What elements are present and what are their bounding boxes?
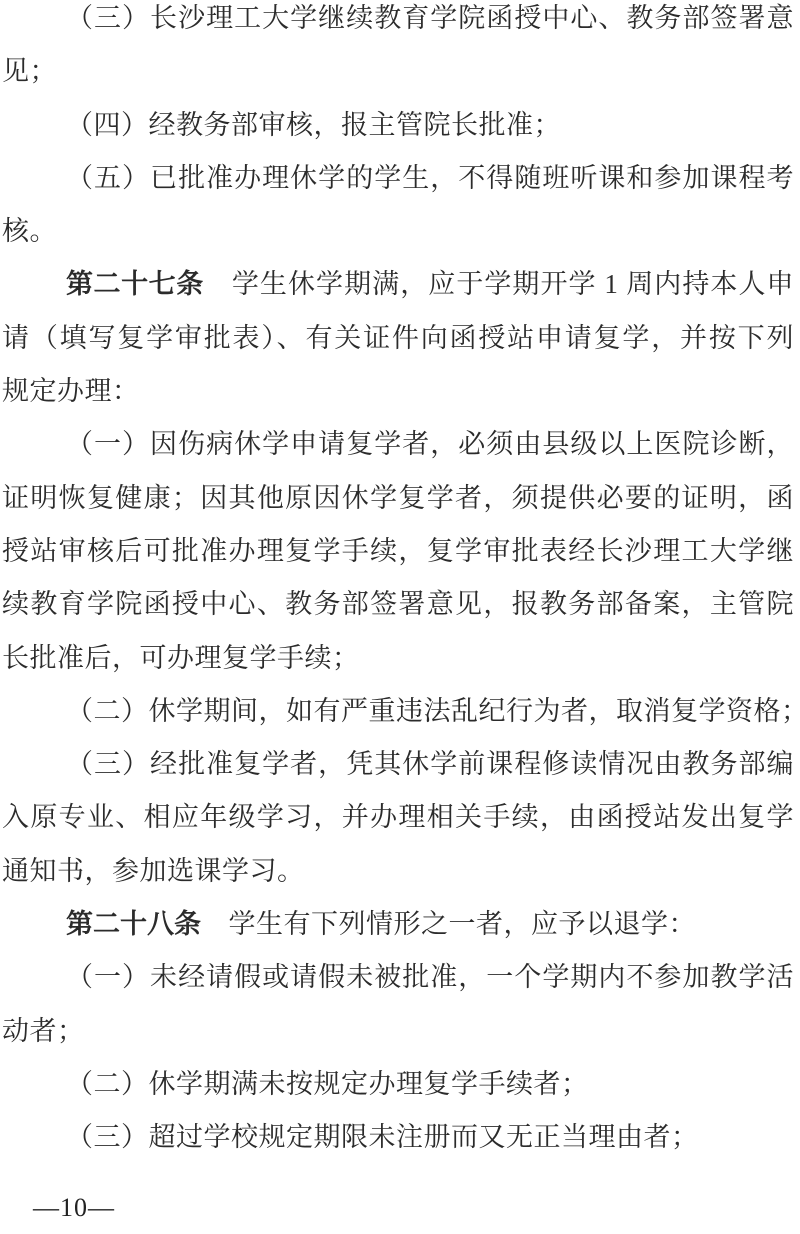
text-line-article-28: 第二十八条 学生有下列情形之一者，应予以退学：	[2, 898, 794, 951]
text-line: 通知书，参加选课学习。	[2, 845, 794, 898]
text-line: （二）休学期间，如有严重违法乱纪行为者，取消复学资格；	[2, 685, 794, 738]
text-line: （三）长沙理工大学继续教育学院函授中心、教务部签署意	[2, 0, 794, 45]
text-line-article-27: 第二十七条 学生休学期满，应于学期开学 1 周内持本人申	[2, 258, 794, 311]
text-line: 见；	[2, 45, 794, 98]
text-line: 续教育学院函授中心、教务部签署意见，报教务部备案，主管院	[2, 578, 794, 631]
text-line: 长批准后，可办理复学手续；	[2, 632, 794, 685]
document-body: （三）长沙理工大学继续教育学院函授中心、教务部签署意 见； （四）经教务部审核，…	[2, 0, 794, 1165]
text-line: 请（填写复学审批表）、有关证件向函授站申请复学，并按下列	[2, 312, 794, 365]
text-line: （五）已批准办理休学的学生，不得随班听课和参加课程考	[2, 152, 794, 205]
page-number: —10—	[33, 1192, 115, 1224]
article-heading: 第二十八条	[66, 909, 201, 939]
text-line: （一）未经请假或请假未被批准，一个学期内不参加教学活	[2, 951, 794, 1004]
text-line: （四）经教务部审核，报主管院长批准；	[2, 99, 794, 152]
text-line: 核。	[2, 205, 794, 258]
article-text: 学生休学期满，应于学期开学 1 周内持本人申	[204, 269, 794, 299]
article-text: 学生有下列情形之一者，应予以退学：	[201, 909, 696, 939]
text-line: 动者；	[2, 1005, 794, 1058]
document-page: （三）长沙理工大学继续教育学院函授中心、教务部签署意 见； （四）经教务部审核，…	[0, 0, 800, 1234]
text-line: （三）超过学校规定期限未注册而又无正当理由者；	[2, 1111, 794, 1164]
text-line: 授站审核后可批准办理复学手续，复学审批表经长沙理工大学继	[2, 525, 794, 578]
text-line: 入原专业、相应年级学习，并办理相关手续，由函授站发出复学	[2, 791, 794, 844]
text-line: （三）经批准复学者，凭其休学前课程修读情况由教务部编	[2, 738, 794, 791]
text-line: （一）因伤病休学申请复学者，必须由县级以上医院诊断，	[2, 418, 794, 471]
text-line: （二）休学期满未按规定办理复学手续者；	[2, 1058, 794, 1111]
article-heading: 第二十七条	[66, 269, 204, 299]
text-line: 规定办理：	[2, 365, 794, 418]
text-line: 证明恢复健康；因其他原因休学复学者，须提供必要的证明，函	[2, 472, 794, 525]
